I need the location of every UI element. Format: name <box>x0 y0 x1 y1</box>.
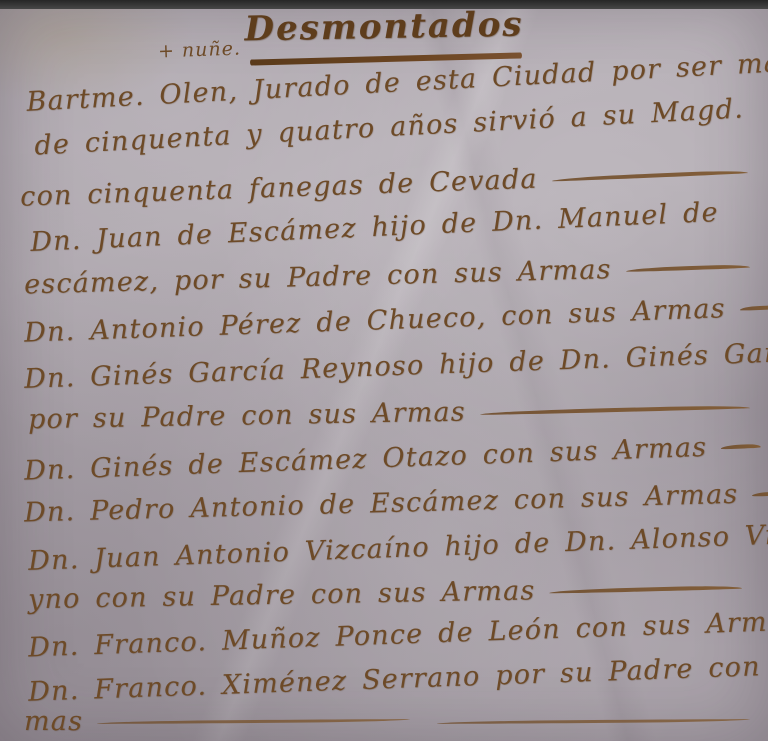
line-text: con cinquenta fanegas de Cevada <box>20 166 538 211</box>
line-text: Dn. Juan Antonio Vizcaíno hijo de Dn. Al… <box>28 520 768 575</box>
ink-rule <box>721 443 761 449</box>
ink-rule <box>552 169 748 181</box>
manuscript-line: Dn. Ginés de Escámez Otazo con sus Armas <box>24 432 751 484</box>
line-text: Dn. Pedro Antonio de Escámez con sus Arm… <box>24 481 739 527</box>
marginal-note: + nuñe. <box>158 40 242 62</box>
ink-rule <box>752 491 768 496</box>
manuscript-line: escámez, por su Padre con sus Armas <box>24 253 750 299</box>
line-text: Dn. Antonio Pérez de Chueco, con sus Arm… <box>24 295 726 346</box>
manuscript-line: Dn. Franco. Muñoz Ponce de León con sus … <box>28 610 743 662</box>
manuscript-line: por su Padre con sus Armas <box>28 394 750 434</box>
line-text: Dn. Franco. Muñoz Ponce de León con sus … <box>28 608 768 662</box>
ink-rule <box>626 264 750 272</box>
ink-rule <box>437 719 750 724</box>
line-text: Dn. Ginés de Escámez Otazo con sus Armas <box>24 434 708 485</box>
ink-rule <box>740 305 768 311</box>
line-text: mas <box>24 708 83 735</box>
ink-rule <box>97 719 410 724</box>
manuscript-page: Desmontados + nuñe. Bartme. Olen, Jurado… <box>0 0 768 741</box>
line-text: Dn. Ginés García Reynoso hijo de Dn. Gin… <box>24 338 768 393</box>
ink-rule <box>549 585 742 594</box>
manuscript-line: Dn. Juan Antonio Vizcaíno hijo de Dn. Al… <box>28 520 768 575</box>
manuscript-line: Dn. Pedro Antonio de Escámez con sus Arm… <box>24 481 750 527</box>
manuscript-line: mas <box>24 708 750 735</box>
line-text: por su Padre con sus Armas <box>28 399 466 434</box>
manuscript-line: Dn. Ginés García Reynoso hijo de Dn. Gin… <box>24 338 768 393</box>
line-text: yno con su Padre con sus Armas <box>28 577 536 613</box>
ink-rule <box>480 404 750 415</box>
line-text: escámez, por su Padre con sus Armas <box>24 256 612 298</box>
manuscript-line: yno con su Padre con sus Armas <box>28 574 742 613</box>
manuscript-line: Dn. Antonio Pérez de Chueco, con sus Arm… <box>24 294 751 346</box>
page-title: Desmontados <box>0 3 768 50</box>
